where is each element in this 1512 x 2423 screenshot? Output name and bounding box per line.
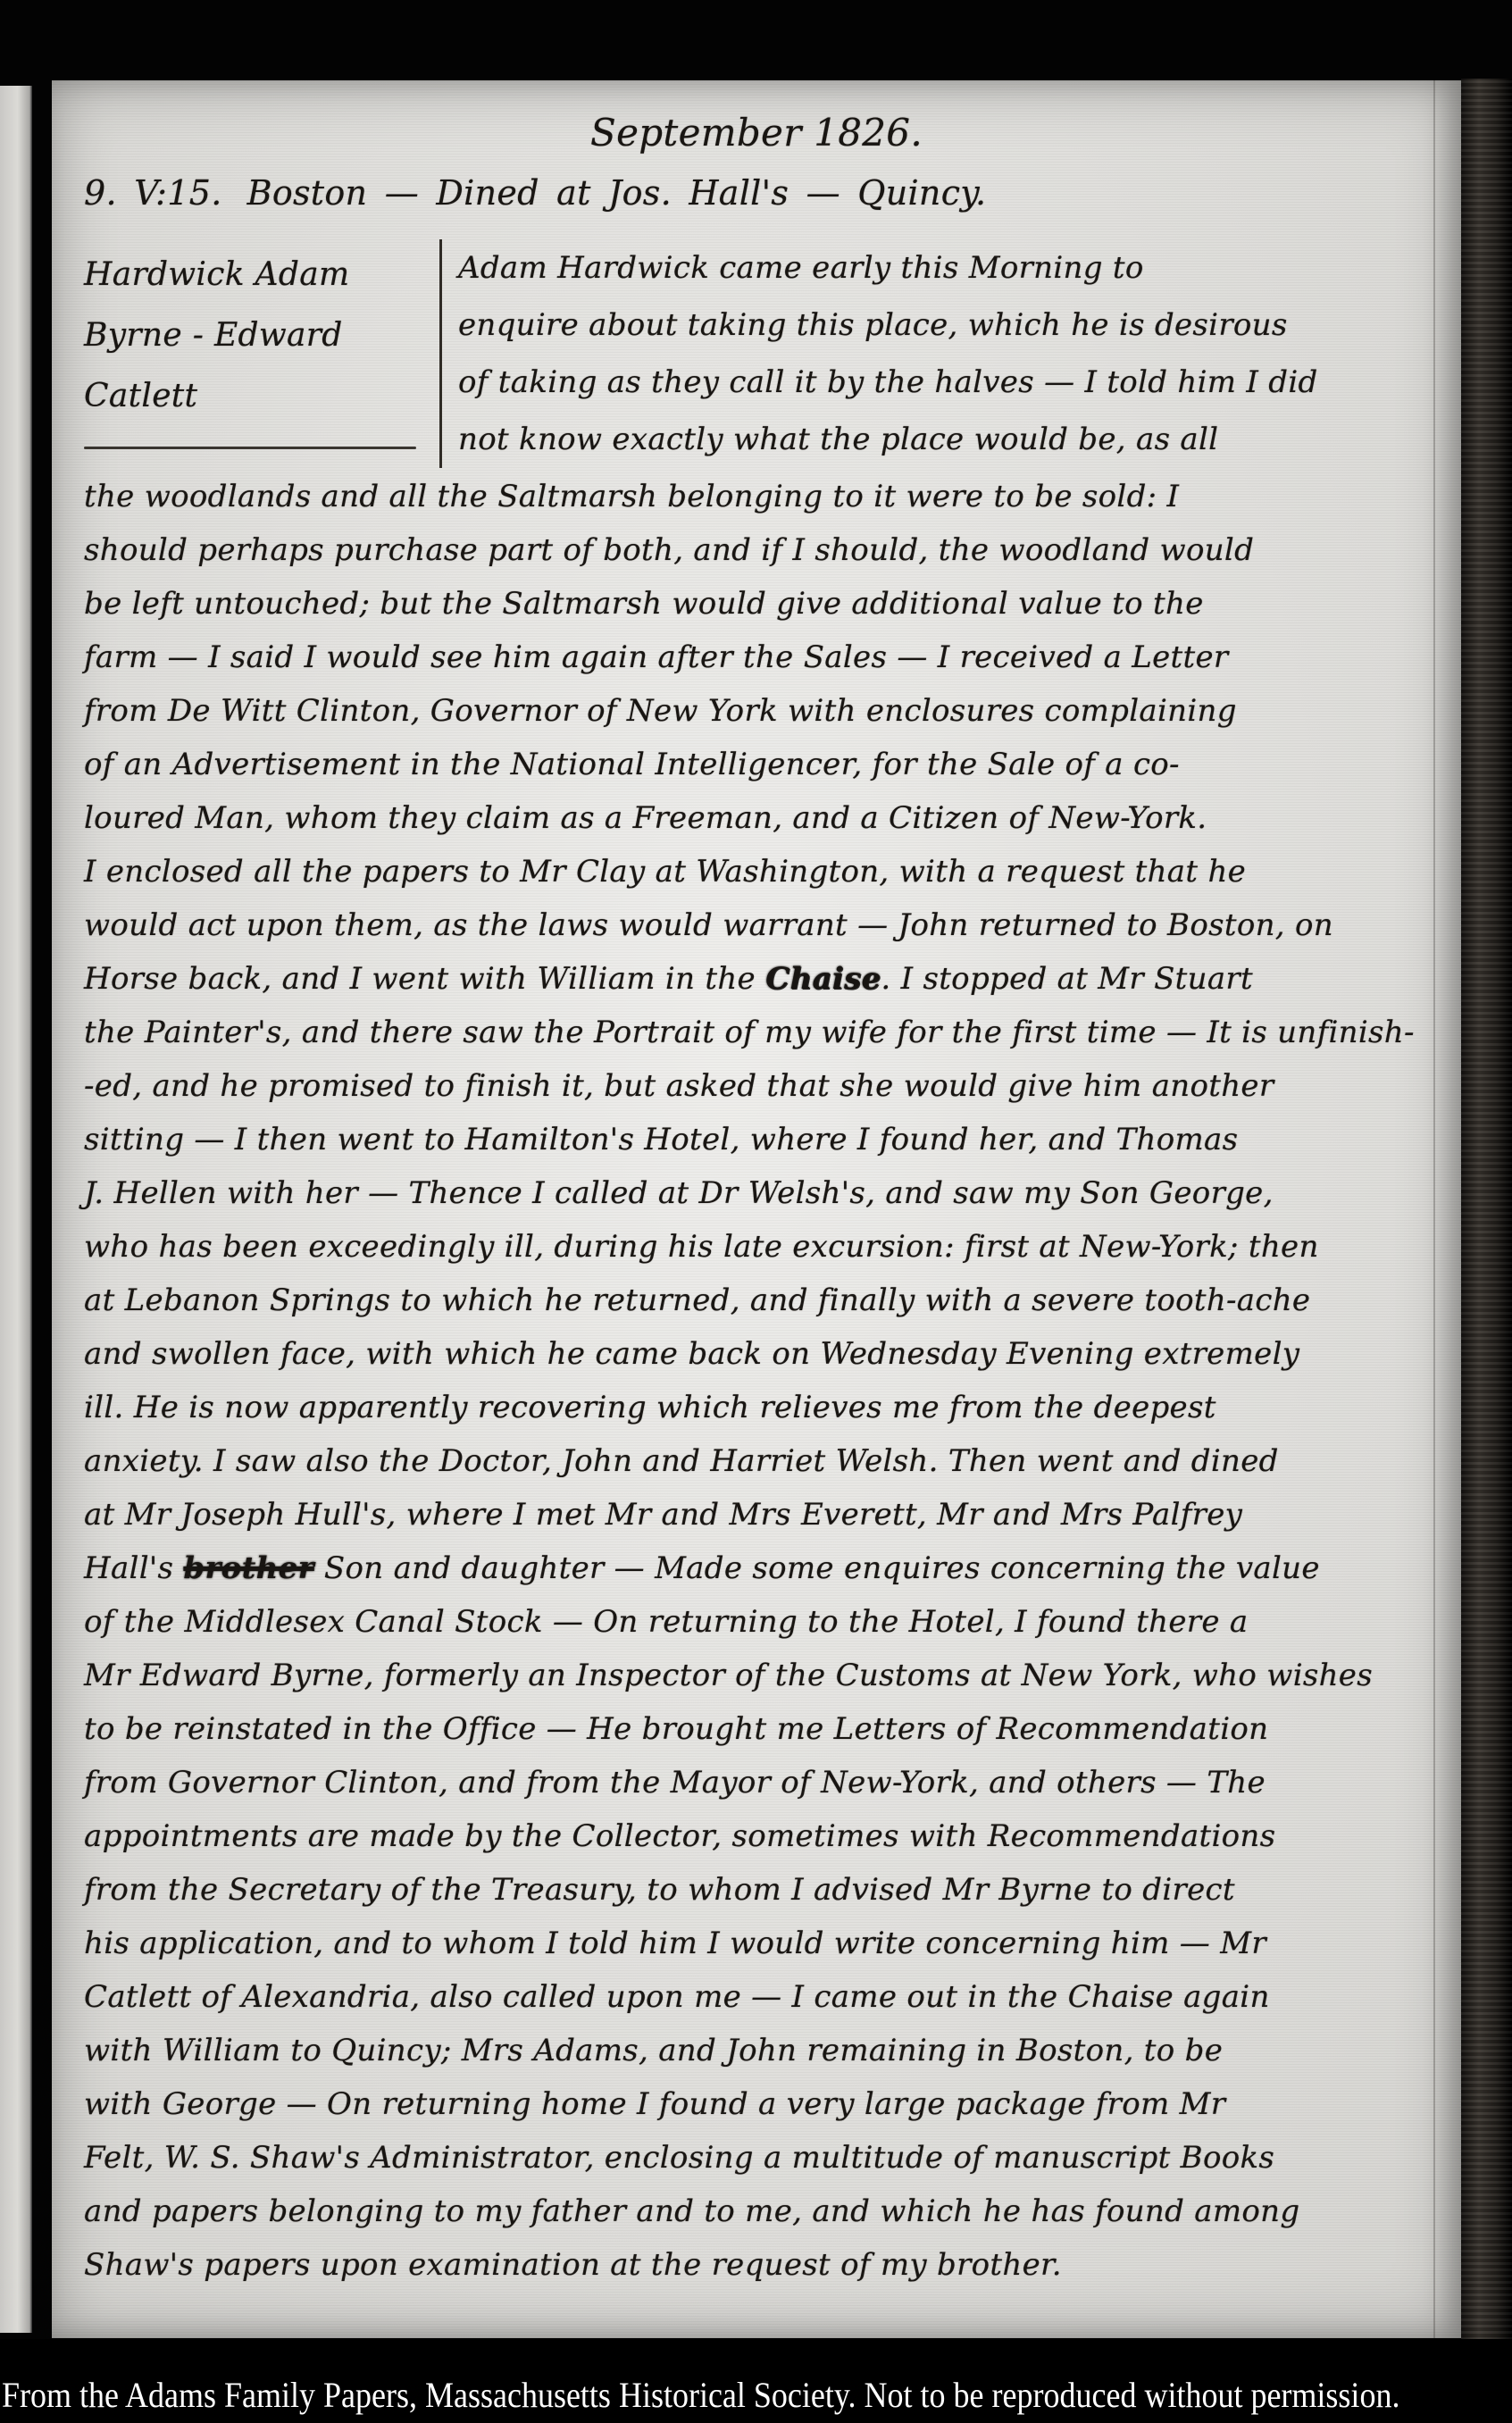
- entry-opening-lines: Adam Hardwick came early this Morning to…: [439, 239, 1422, 468]
- manuscript-line: who has been exceedingly ill, during his…: [84, 1220, 1420, 1274]
- manuscript-line: of the Middlesex Canal Stock — On return…: [84, 1595, 1420, 1649]
- manuscript-line: Horse back, and I went with William in t…: [84, 952, 1420, 1006]
- line-text: anxiety. I saw also the Doctor, John and…: [84, 1443, 1279, 1479]
- manuscript-line: Shaw's papers upon examination at the re…: [84, 2238, 1420, 2292]
- manuscript-line: ill. He is now apparently recovering whi…: [84, 1381, 1420, 1434]
- line-text: Horse back, and I went with William in t…: [84, 961, 765, 997]
- margin-name: Catlett: [84, 366, 439, 427]
- manuscript-line: Felt, W. S. Shaw's Administrator, enclos…: [84, 2131, 1420, 2185]
- manuscript-line: J. Hellen with her — Thence I called at …: [84, 1166, 1420, 1220]
- line-text: the woodlands and all the Saltmarsh belo…: [84, 479, 1179, 514]
- manuscript-line: be left untouched; but the Saltmarsh wou…: [84, 577, 1420, 631]
- line-text: of an Advertisement in the National Inte…: [84, 747, 1180, 782]
- line-text: the Painter's, and there saw the Portrai…: [84, 1015, 1415, 1050]
- manuscript-line: -ed, and he promised to finish it, but a…: [84, 1059, 1420, 1113]
- attribution-caption: From the Adams Family Papers, Massachuse…: [2, 2374, 1399, 2416]
- line-text: loured Man, whom they claim as a Freeman…: [84, 800, 1207, 836]
- line-text: enquire about taking this place, which h…: [458, 307, 1288, 343]
- line-text: to be reinstated in the Office — He brou…: [84, 1711, 1268, 1747]
- manuscript-line: sitting — I then went to Hamilton's Hote…: [84, 1113, 1420, 1166]
- line-text: Catlett of Alexandria, also called upon …: [84, 1979, 1270, 2015]
- manuscript-line: would act upon them, as the laws would w…: [84, 898, 1420, 952]
- entry-opening-block: Hardwick AdamByrne - EdwardCatlett Adam …: [84, 239, 1422, 468]
- manuscript-line: from De Witt Clinton, Governor of New Yo…: [84, 684, 1420, 738]
- line-text: farm — I said I would see him again afte…: [84, 639, 1228, 675]
- adjacent-page-edge: [0, 86, 32, 2333]
- line-text: ill. He is now apparently recovering whi…: [84, 1390, 1216, 1425]
- scanned-manuscript-page: September 1826. 9. V:15.Boston — Dined a…: [0, 0, 1512, 2423]
- manuscript-line: not know exactly what the place would be…: [458, 411, 1422, 468]
- manuscript-line: with George — On returning home I found …: [84, 2077, 1420, 2131]
- line-text: . I stopped at Mr Stuart: [881, 961, 1253, 997]
- line-text: would act upon them, as the laws would w…: [84, 907, 1333, 943]
- line-text: be left untouched; but the Saltmarsh wou…: [84, 586, 1204, 622]
- line-text: should perhaps purchase part of both, an…: [84, 532, 1254, 568]
- caption-bar: From the Adams Family Papers, Massachuse…: [0, 2339, 1512, 2423]
- manuscript-line: the woodlands and all the Saltmarsh belo…: [84, 470, 1420, 523]
- manuscript-line: Catlett of Alexandria, also called upon …: [84, 1970, 1420, 2024]
- manuscript-line: enquire about taking this place, which h…: [458, 297, 1422, 354]
- manuscript-line: Adam Hardwick came early this Morning to: [458, 239, 1422, 297]
- entry-number: 9. V:15.: [84, 173, 222, 213]
- line-text: sitting — I then went to Hamilton's Hote…: [84, 1122, 1238, 1157]
- line-text: Hall's: [84, 1550, 183, 1586]
- line-text: at Mr Joseph Hull's, where I met Mr and …: [84, 1497, 1242, 1533]
- struck-word: brother: [183, 1550, 313, 1586]
- manuscript-line: loured Man, whom they claim as a Freeman…: [84, 791, 1420, 845]
- line-text: Felt, W. S. Shaw's Administrator, enclos…: [84, 2140, 1274, 2176]
- line-text: -ed, and he promised to finish it, but a…: [84, 1068, 1274, 1104]
- manuscript-line: I enclosed all the papers to Mr Clay at …: [84, 845, 1420, 898]
- line-text: J. Hellen with her — Thence I called at …: [84, 1175, 1274, 1211]
- overwritten-word: Chaise: [765, 961, 881, 997]
- manuscript-line: should perhaps purchase part of both, an…: [84, 523, 1420, 577]
- entry-body-lines: the woodlands and all the Saltmarsh belo…: [84, 470, 1420, 2292]
- book-binding: [1461, 79, 1512, 2340]
- line-text: with George — On returning home I found …: [84, 2086, 1225, 2122]
- manuscript-line: anxiety. I saw also the Doctor, John and…: [84, 1434, 1420, 1488]
- line-text: Son and daughter — Made some enquires co…: [314, 1550, 1320, 1586]
- line-text: who has been exceedingly ill, during his…: [84, 1229, 1319, 1265]
- manuscript-line: and swollen face, with which he came bac…: [84, 1327, 1420, 1381]
- manuscript-line: from the Secretary of the Treasury, to w…: [84, 1863, 1420, 1917]
- line-text: of taking as they call it by the halves …: [458, 364, 1318, 400]
- line-text: and swollen face, with which he came bac…: [84, 1336, 1299, 1372]
- manuscript-line: from Governor Clinton, and from the Mayo…: [84, 1756, 1420, 1809]
- page-title: September 1826.: [52, 111, 1461, 155]
- manuscript-line: of taking as they call it by the halves …: [458, 354, 1422, 411]
- line-text: not know exactly what the place would be…: [458, 422, 1218, 457]
- manuscript-line: to be reinstated in the Office — He brou…: [84, 1702, 1420, 1756]
- line-text: Mr Edward Byrne, formerly an Inspector o…: [84, 1658, 1373, 1693]
- manuscript-line: at Lebanon Springs to which he returned,…: [84, 1274, 1420, 1327]
- manuscript-line: the Painter's, and there saw the Portrai…: [84, 1006, 1420, 1059]
- line-text: at Lebanon Springs to which he returned,…: [84, 1283, 1310, 1318]
- manuscript-line: at Mr Joseph Hull's, where I met Mr and …: [84, 1488, 1420, 1542]
- manuscript-line: and papers belonging to my father and to…: [84, 2185, 1420, 2238]
- manuscript-line: Hall's brother Son and daughter — Made s…: [84, 1542, 1420, 1595]
- line-text: Adam Hardwick came early this Morning to: [458, 250, 1144, 286]
- manuscript-line: his application, and to whom I told him …: [84, 1917, 1420, 1970]
- line-text: I enclosed all the papers to Mr Clay at …: [84, 854, 1246, 890]
- line-text: appointments are made by the Collector, …: [84, 1818, 1275, 1854]
- manuscript-line: appointments are made by the Collector, …: [84, 1809, 1420, 1863]
- manuscript-line: farm — I said I would see him again afte…: [84, 631, 1420, 684]
- line-text: and papers belonging to my father and to…: [84, 2193, 1299, 2229]
- line-text: from De Witt Clinton, Governor of New Yo…: [84, 693, 1237, 729]
- line-text: from the Secretary of the Treasury, to w…: [84, 1872, 1235, 1908]
- margin-name: Byrne - Edward: [84, 305, 439, 366]
- entry-places: Boston — Dined at Jos. Hall's — Quincy.: [247, 173, 987, 213]
- line-text: his application, and to whom I told him …: [84, 1926, 1266, 1961]
- line-text: with William to Quincy; Mrs Adams, and J…: [84, 2033, 1223, 2068]
- line-text: Shaw's papers upon examination at the re…: [84, 2247, 1062, 2283]
- margin-names-list: Hardwick AdamByrne - EdwardCatlett: [84, 239, 439, 468]
- manuscript-line: Mr Edward Byrne, formerly an Inspector o…: [84, 1649, 1420, 1702]
- margin-name: Hardwick Adam: [84, 245, 439, 305]
- entry-dateline: 9. V:15.Boston — Dined at Jos. Hall's — …: [84, 173, 986, 213]
- line-text: of the Middlesex Canal Stock — On return…: [84, 1604, 1248, 1640]
- manuscript-line: of an Advertisement in the National Inte…: [84, 738, 1420, 791]
- line-text: from Governor Clinton, and from the Mayo…: [84, 1765, 1266, 1801]
- manuscript-page: September 1826. 9. V:15.Boston — Dined a…: [52, 80, 1461, 2338]
- manuscript-line: with William to Quincy; Mrs Adams, and J…: [84, 2024, 1420, 2077]
